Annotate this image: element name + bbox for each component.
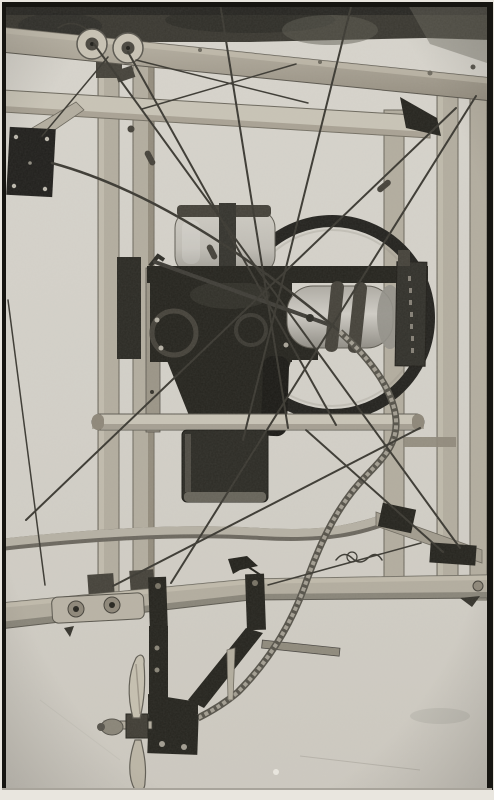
- border-top: [2, 2, 492, 7]
- photo-canvas: [0, 0, 494, 800]
- film-grain: [3, 3, 490, 790]
- photograph: [0, 0, 494, 800]
- border-bottom-edge: [2, 788, 492, 790]
- border-right: [487, 2, 493, 790]
- border-left: [2, 2, 6, 790]
